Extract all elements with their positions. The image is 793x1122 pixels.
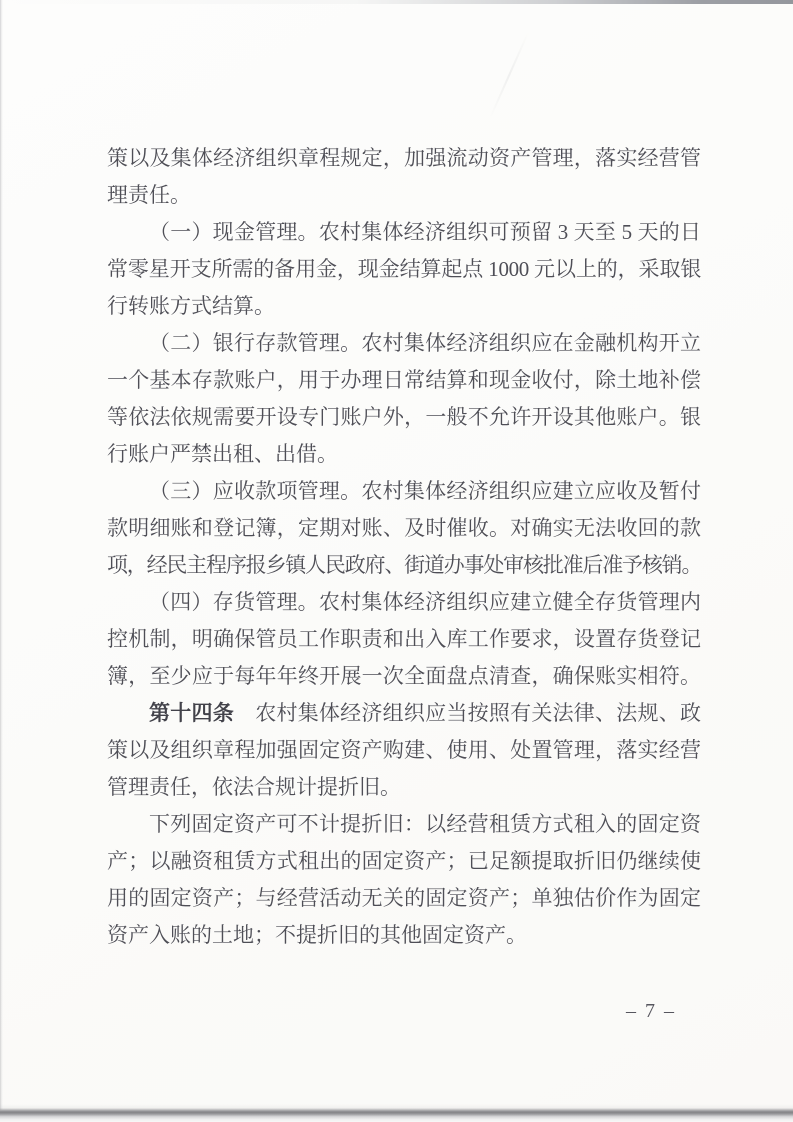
text-line: （二）银行存款管理。农村集体经济组织应在金融机构开立 [107, 325, 701, 362]
article-heading-bold: 第十四条 [149, 701, 234, 725]
text-line: 等依法依规需要开设专门账户外，一般不允许开设其他账户。银 [107, 399, 701, 436]
text-line: 策以及集体经济组织章程规定，加强流动资产管理，落实经营管 [107, 140, 701, 177]
text-line: 控机制，明确保管员工作职责和出入库工作要求，设置存货登记 [107, 621, 701, 658]
text-line: 理责任。 [107, 177, 701, 214]
text-line: 行转账方式结算。 [107, 288, 701, 325]
text-line: 用的固定资产；与经营活动无关的固定资产；单独估价作为固定 [107, 880, 701, 917]
text-line-content: 农村集体经济组织应当按照有关法律、法规、政 [234, 701, 701, 725]
text-line: 款明细账和登记簿，定期对账、及时催收。对确实无法收回的款 [107, 510, 701, 547]
text-line: 资产入账的土地；不提折旧的其他固定资产。 [107, 917, 701, 954]
text-line: 下列固定资产可不计提折旧：以经营租赁方式租入的固定资 [107, 806, 701, 843]
text-line: （四）存货管理。农村集体经济组织应建立健全存货管理内 [107, 584, 701, 621]
page-number: – 7 – [600, 998, 702, 1024]
text-line: 策以及组织章程加强固定资产购建、使用、处置管理，落实经营 [107, 732, 701, 769]
text-line: 行账户严禁出租、出借。 [107, 436, 701, 473]
paper-crease [489, 32, 529, 120]
text-line: 簿，至少应于每年年终开展一次全面盘点清查，确保账实相符。 [107, 658, 701, 695]
text-line: 常零星开支所需的备用金，现金结算起点 1000 元以上的，采取银 [107, 251, 701, 288]
scan-edge-top [0, 0, 793, 4]
document-body: 策以及集体经济组织章程规定，加强流动资产管理，落实经营管理责任。（一）现金管理。… [107, 140, 701, 954]
text-line: 产；以融资租赁方式租出的固定资产；已足额提取折旧仍继续使 [107, 843, 701, 880]
text-line: （一）现金管理。农村集体经济组织可预留 3 天至 5 天的日 [107, 214, 701, 251]
text-line: 管理责任，依法合规计提折旧。 [107, 769, 701, 806]
document-page: 策以及集体经济组织章程规定，加强流动资产管理，落实经营管理责任。（一）现金管理。… [0, 0, 793, 1122]
text-line: 项，经民主程序报乡镇人民政府、街道办事处审核批准后准予核销。 [107, 547, 701, 584]
text-line: （三）应收款项管理。农村集体经济组织应建立应收及暂付 [107, 473, 701, 510]
scan-edge-bottom [0, 1104, 793, 1122]
scan-edge-left [0, 0, 3, 1122]
text-line: 一个基本存款账户，用于办理日常结算和现金收付，除土地补偿 [107, 362, 701, 399]
text-line: 第十四条 农村集体经济组织应当按照有关法律、法规、政 [107, 695, 701, 732]
